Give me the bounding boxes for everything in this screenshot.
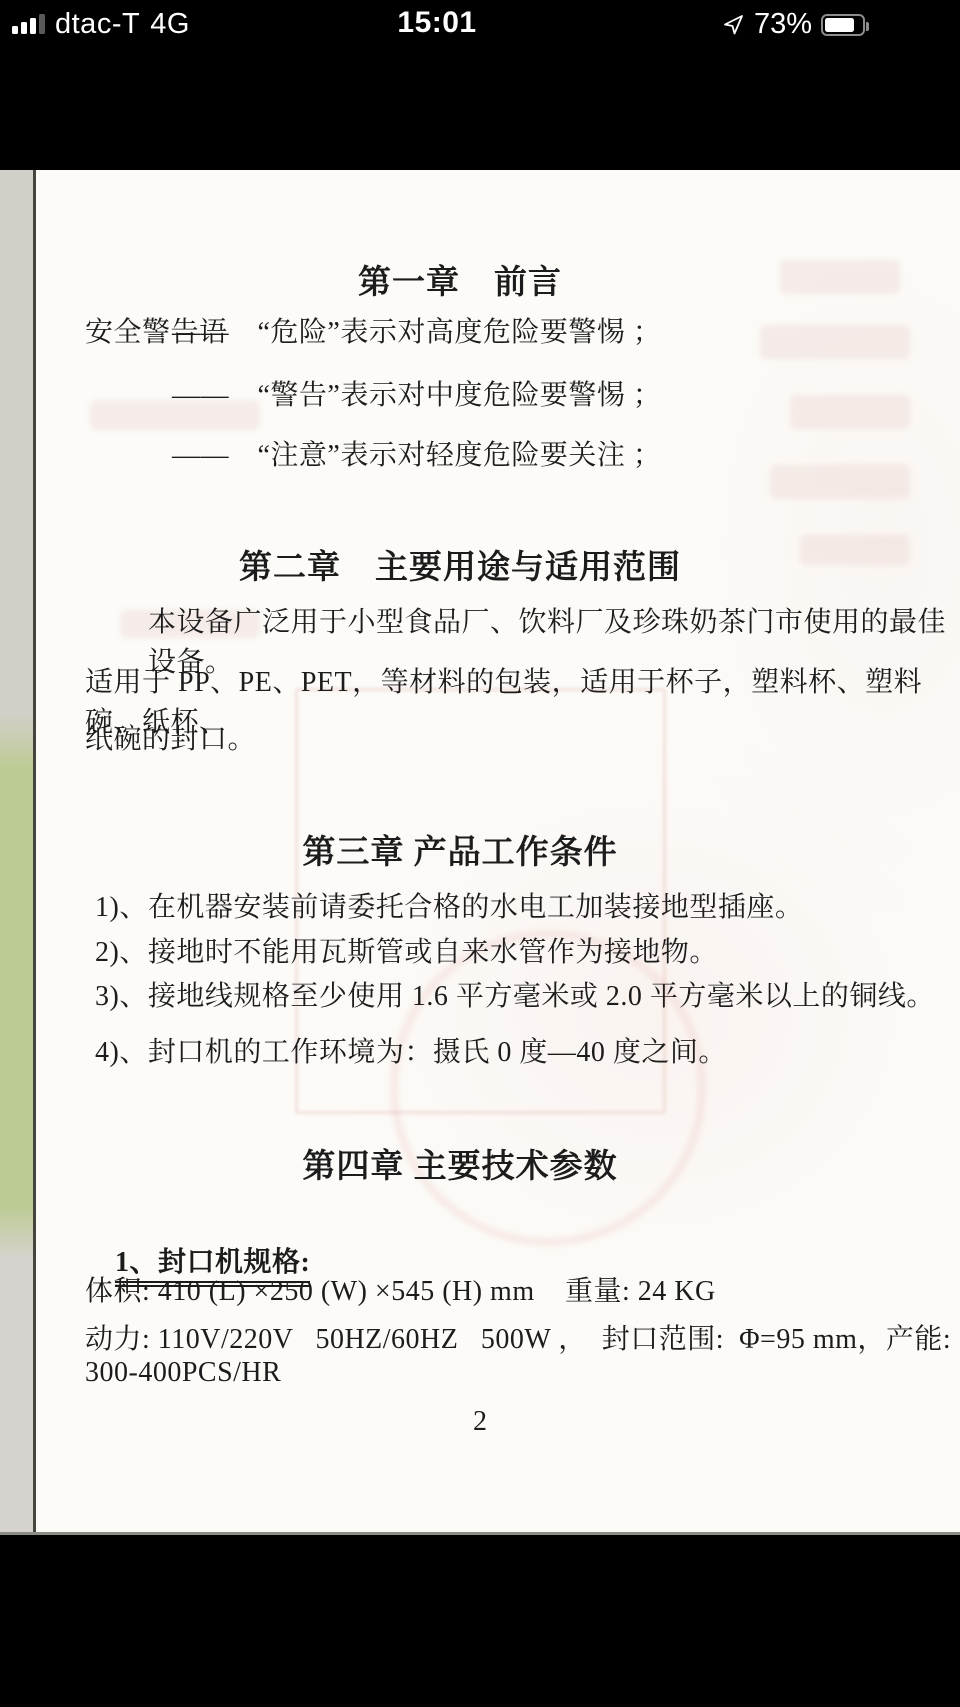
page-number: 2	[0, 1406, 960, 1438]
carrier-label: dtac-T	[55, 8, 140, 41]
battery-icon	[821, 14, 865, 36]
spec-power-line: 动力: 110V/220V 50HZ/60HZ 500W ， 封口范围: Φ=9…	[85, 1317, 960, 1389]
bleed-through-artifact	[790, 395, 910, 429]
spec-weight: 重量: 24 KG	[565, 1269, 716, 1309]
chapter2-title: 第二章 主要用途与适用范围	[0, 541, 920, 588]
warning-line-caution: —— “注意”表示对轻度危险要关注 ；	[172, 433, 661, 473]
chapter3-item-4: 4)、封口机的工作环境为：摄氏 0 度—40 度之间。	[95, 1030, 727, 1070]
clock-label: 15:01	[397, 6, 476, 40]
status-bar: dtac-T 4G 15:01 73%	[0, 0, 960, 50]
manual-page: 第一章 前言 安全警告语 —— “危险”表示对高度危险要警惕 ； —— “警告”…	[0, 170, 960, 1535]
chapter3-item-2: 2)、接地时不能用瓦斯管或自来水管作为接地物。	[95, 930, 718, 970]
network-type-label: 4G	[150, 8, 190, 41]
warning-line-warning: —— “警告”表示对中度危险要警惕 ；	[172, 373, 661, 413]
chapter2-paragraph-line3: 纸碗的封口。	[85, 717, 256, 757]
location-arrow-icon	[721, 13, 745, 37]
chapter3-title: 第三章 产品工作条件	[0, 826, 920, 873]
spec-volume: 体积: 410 (L) ×250 (W) ×545 (H) mm	[85, 1269, 535, 1309]
status-bar-right: 73%	[721, 8, 865, 41]
chapter3-item-1: 1)、在机器安装前请委托合格的水电工加装接地型插座。	[95, 885, 803, 925]
warning-line-danger: —— “危险”表示对高度危险要警惕 ；	[172, 310, 661, 350]
chapter4-title: 第四章 主要技术参数	[0, 1140, 920, 1187]
bleed-through-artifact	[770, 465, 910, 499]
chapter3-item-3: 3)、接地线规格至少使用 1.6 平方毫米或 2.0 平方毫米以上的铜线。	[95, 974, 935, 1014]
cellular-signal-icon	[12, 12, 45, 37]
chapter1-title: 第一章 前言	[0, 256, 920, 303]
bleed-through-artifact	[760, 325, 910, 359]
battery-percent-label: 73%	[754, 8, 812, 41]
status-bar-left: dtac-T 4G	[12, 8, 190, 41]
